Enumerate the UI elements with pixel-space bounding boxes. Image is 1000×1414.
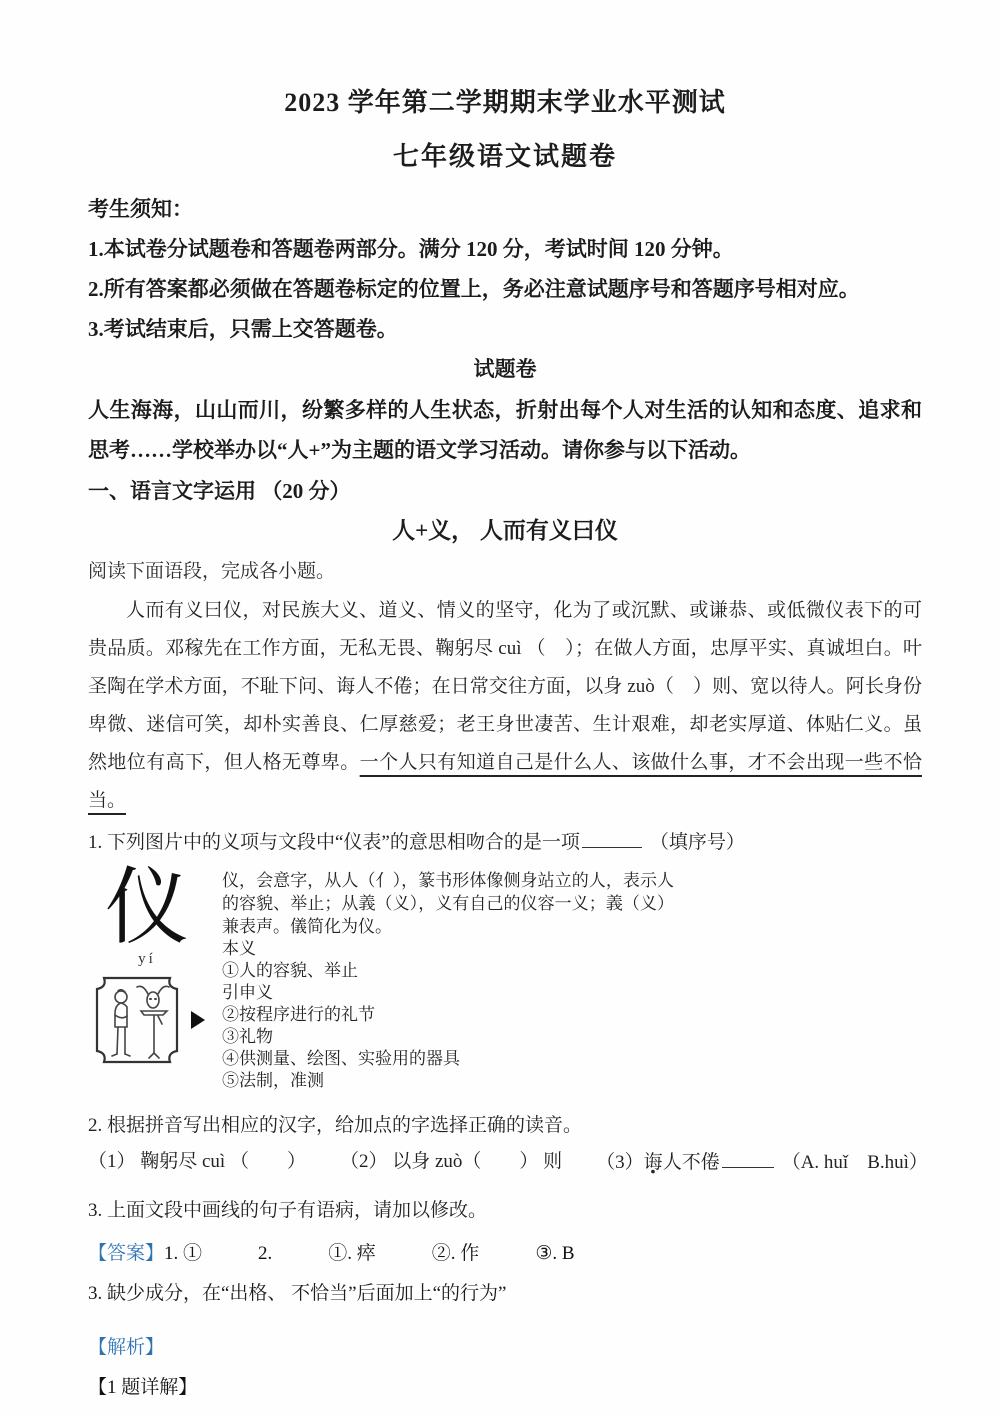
dict-headword-character: 仪 [88,869,206,949]
q2-part3-blank [722,1148,774,1168]
dict-sense-1: ①人的容貌、举止 [222,960,674,982]
dict-sense-4: ④供测量、绘图、实验用的器具 [222,1048,674,1070]
reading-prompt: 阅读下面语段，完成各小题。 [88,560,922,584]
question-2: 2. 根据拼音写出相应的汉字，给加点的字选择正确的读音。 [88,1114,922,1138]
q2-part3-options: （A. huǐ B.huì） [782,1152,928,1173]
dict-sense-3: ③礼物 [222,1026,674,1048]
answer-label: 【答案】 [88,1243,164,1264]
dict-sense-2: ②按程序进行的礼节 [222,1004,674,1026]
pictogram-row [88,974,206,1066]
exam-paper-page: 2023 学年第二学期期末学业水平测试 七年级语文试题卷 考生须知： 1.本试卷… [0,0,1000,1414]
question-1-blank [582,828,642,848]
pictogram-frame [97,978,177,1062]
question-1-suffix: （填序号） [650,832,745,853]
q2-part3-dotted-char: 诲 [644,1152,663,1173]
reading-passage: 人而有义曰仪，对民族大义、道义、情义的坚守，化为了或沉默、或谦恭、或低微仪表下的… [88,592,922,820]
notice-item-1: 1.本试卷分试题卷和答题卷两部分。满分 120 分，考试时间 120 分钟。 [88,236,922,262]
triangle-arrow-icon [191,1011,205,1029]
q2-part3-rest: 人不倦 [663,1152,720,1173]
notice-heading: 考生须知： [88,196,922,222]
page-subtitle: 七年级语文试题卷 [88,142,922,172]
goat-stand-drawing [137,986,169,1058]
dict-line-benyi: 本义 [222,938,674,960]
answer-item-2: 2. [258,1243,272,1264]
answer-line: 【答案】1. ①2.①. 瘁②. 作③. B [88,1241,922,1267]
dictionary-figure: 仪 yí [88,869,922,1092]
passage-main-text: 人而有义曰仪，对民族大义、道义、情义的坚守，化为了或沉默、或谦恭、或低微仪表下的… [88,600,922,773]
theme-heading: 人+义， 人而有义曰仪 [88,516,922,546]
question-1-text: 1. 下列图片中的义项与文段中“仪表”的意思相吻合的是一项 [88,832,580,853]
answer-item-5: ③. B [535,1243,574,1264]
dict-line-yinshenyi: 引申义 [222,982,674,1004]
dict-sense-5: ⑤法制，准测 [222,1070,674,1092]
answer-item-1: 1. ① [164,1243,202,1264]
q2-part-3: （3）诲人不倦（A. huǐ B.huì） [596,1148,928,1177]
section-heading: 试题卷 [88,356,922,382]
question-2-parts: （1） 鞠躬尽 cuì （ ） （2） 以身 zuò（ ） 则 （3）诲人不倦（… [88,1148,922,1177]
question-3: 3. 上面文段中画线的句子有语病，请加以修改。 [88,1199,922,1223]
detail-heading-q1: 【1 题详解】 [88,1375,922,1401]
part1-heading: 一、语言文字运用 （20 分） [88,478,922,504]
pictogram-image [88,974,186,1066]
notice-item-2: 2.所有答案都必须做在答题卷标定的位置上，务必注意试题序号和答题序号相对应。 [88,276,922,302]
answer-item-4: ②. 作 [432,1243,480,1264]
dictionary-figure-left: 仪 yí [88,869,206,1092]
notice-item-3: 3.考试结束后，只需上交答题卷。 [88,316,922,342]
dict-etymology: 仪，会意字，从人（亻），篆书形体像侧身站立的人，表示人的容貌、举止；从義（义），… [222,869,674,938]
page-title: 2023 学年第二学期期末学业水平测试 [88,88,922,118]
dictionary-figure-right: 仪，会意字，从人（亻），篆书形体像侧身站立的人，表示人的容貌、举止；从義（义），… [222,869,674,1092]
analysis-label: 【解析】 [88,1335,922,1361]
question-1: 1. 下列图片中的义项与文段中“仪表”的意思相吻合的是一项（填序号） [88,828,922,855]
person-drawing [112,989,130,1055]
q2-part-1: （1） 鞠躬尽 cuì （ ） [88,1148,306,1177]
q2-part-2: （2） 以身 zuò（ ） 则 [340,1148,562,1177]
q2-part3-prefix: （3） [596,1152,644,1173]
intro-paragraph: 人生海海，山山而川，纷繁多样的人生状态，折射出每个人对生活的认知和态度、追求和思… [88,390,922,470]
answer-item-3: ①. 瘁 [328,1243,376,1264]
answer-line-3: 3. 缺少成分，在“出格、 不恰当”后面加上“的行为” [88,1281,922,1307]
